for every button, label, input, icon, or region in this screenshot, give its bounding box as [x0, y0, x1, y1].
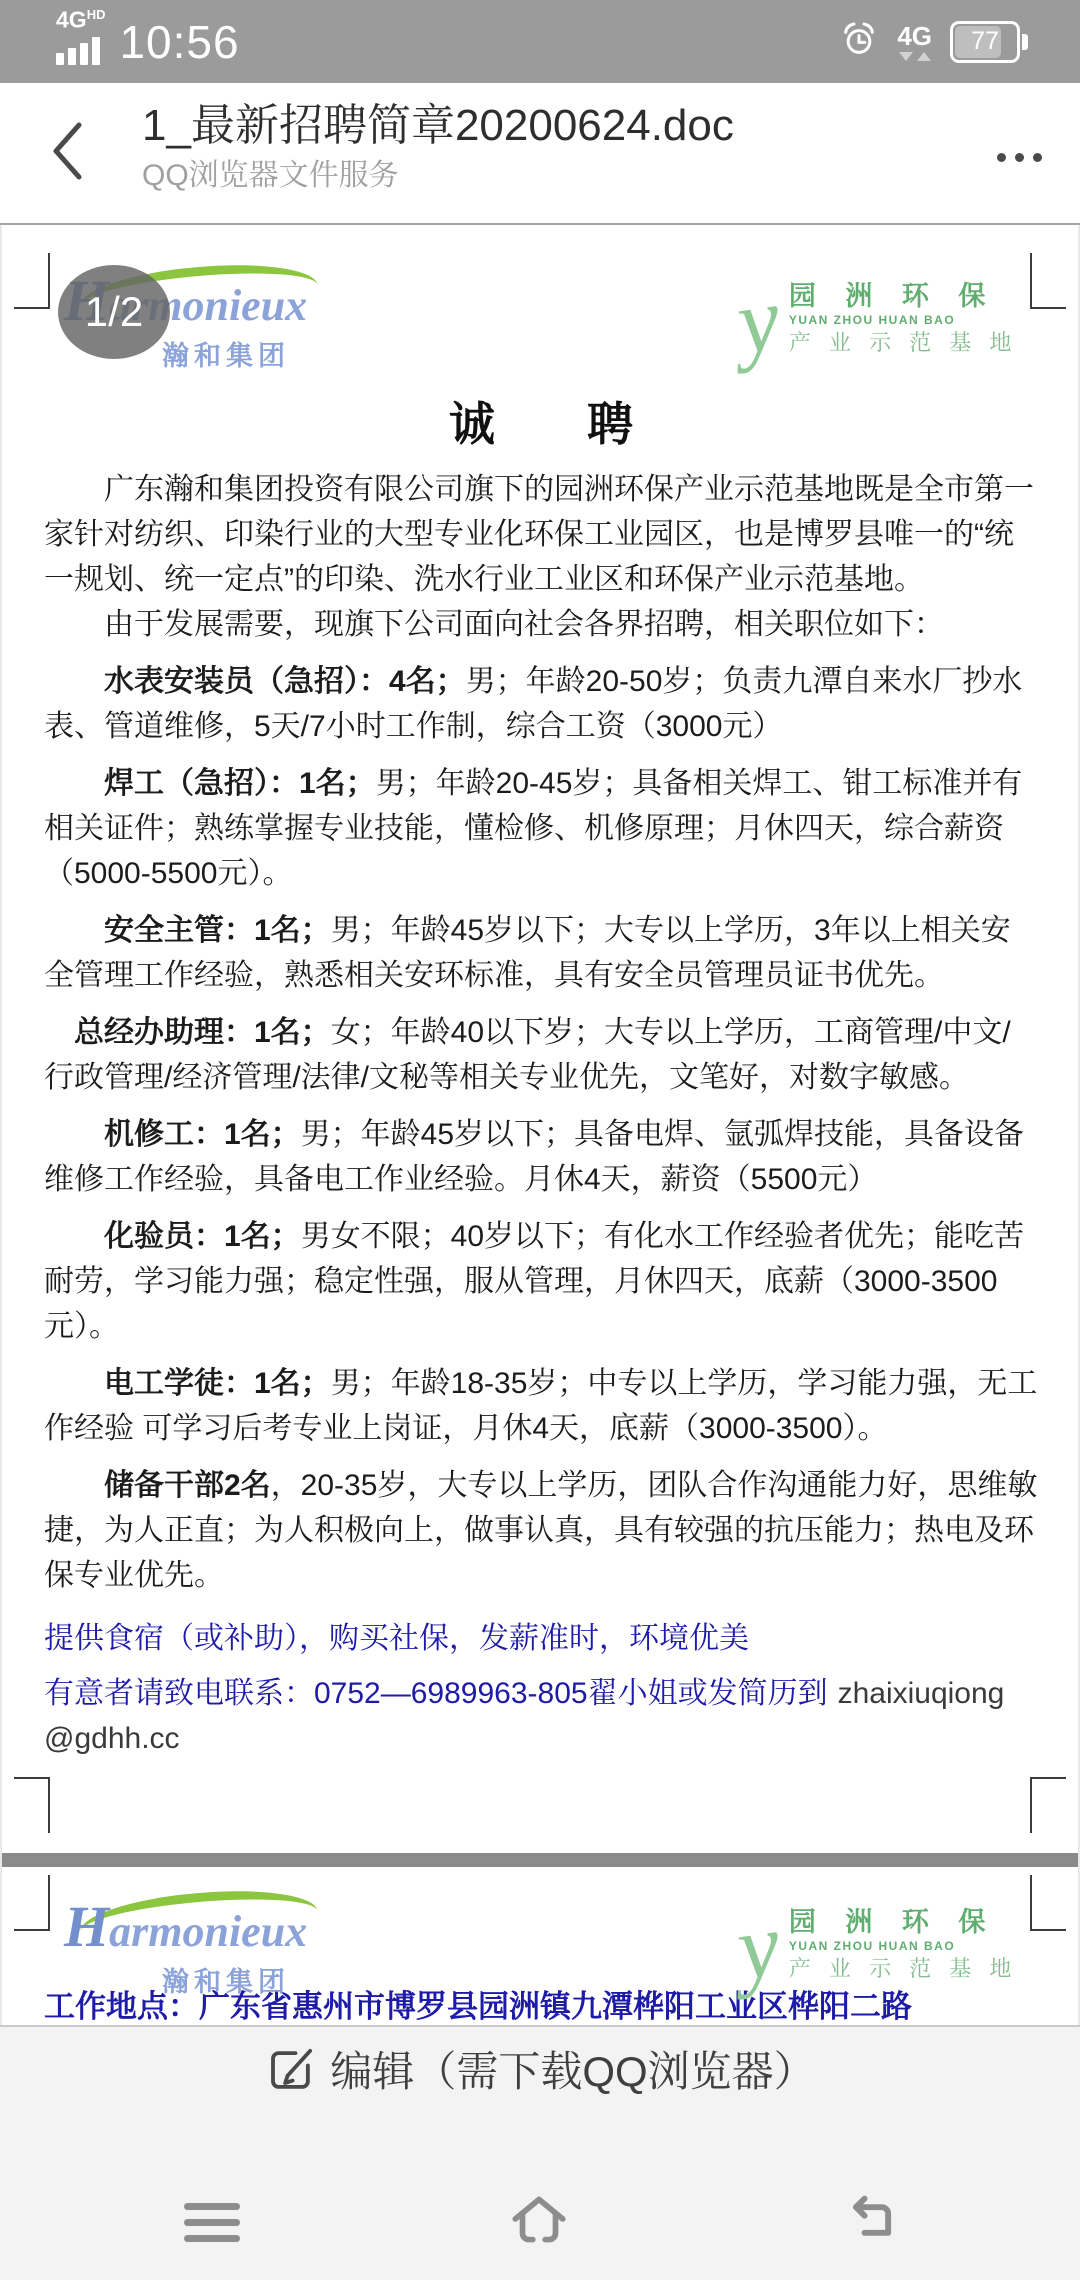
phone-screen: 4GHD 10:56 4G: [0, 0, 1080, 2280]
job-paragraph-lab-technician: 化验员：1名；男女不限；40岁以下；有化水工作经验者优先；能吃苦耐劳，学习能力强…: [44, 1214, 1038, 1349]
header-titles: 1_最新招聘简章20200624.doc QQ浏览器文件服务: [142, 97, 960, 195]
nav-back-button[interactable]: [816, 2175, 926, 2270]
crop-mark-page2-top-right: [1030, 1875, 1066, 1931]
job-paragraph-welder: 焊工（急招）：1名；男；年龄20-45岁；具备相关焊工、钳工标准并有相关证件；熟…: [44, 761, 1038, 896]
status-right-group: 4G 77: [839, 0, 1028, 83]
mobile-data-label: 4G: [897, 23, 932, 49]
harmonieux-cn-label: 瀚和集团: [162, 1960, 394, 1999]
app-header: 1_最新招聘简章20200624.doc QQ浏览器文件服务: [0, 83, 1080, 225]
job-paragraph-electrician-apprentice: 电工学徒：1名；男；年龄18-35岁；中专以上学历，学习能力强，无工作经验 可学…: [44, 1361, 1038, 1451]
signal-bars-icon: [56, 37, 100, 65]
edit-button-label: 编辑（需下载QQ浏览器）: [330, 2047, 815, 2097]
intro-paragraph-1: 广东瀚和集团投资有限公司旗下的园洲环保产业示范基地既是全市第一家针对纺织、印染行…: [44, 467, 1038, 602]
battery-percent: 77: [971, 29, 999, 54]
home-icon: [505, 2186, 573, 2259]
more-menu-button[interactable]: [993, 143, 1046, 172]
job-paragraph-mechanic: 机修工：1名；男；年龄45岁以下；具备电焊、氩弧焊技能，具备设备维修工作经验，具…: [44, 1112, 1038, 1202]
yuanzhou-cn-label: 园 洲 环 保: [789, 281, 1018, 312]
page-subtitle: QQ浏览器文件服务: [142, 157, 960, 195]
network-4g-label: 4G: [56, 7, 87, 33]
doc-title: 诚 聘: [44, 395, 1038, 453]
edit-button[interactable]: 编辑（需下载QQ浏览器）: [264, 2043, 815, 2102]
status-left-group: 4GHD 10:56: [56, 8, 240, 65]
hamburger-icon: [184, 2203, 240, 2210]
page-title: 1_最新招聘简章20200624.doc: [142, 97, 960, 155]
yuanzhou-sub-label: 产 业 示 范 基 地: [789, 1955, 1018, 1982]
data-arrows-icon: [899, 52, 931, 61]
crop-mark-page2-top-left: [14, 1875, 50, 1931]
job-paragraph-safety-supervisor: 安全主管：1名；男；年龄45岁以下；大专以上学历，3年以上相关安全管理工作经验，…: [44, 908, 1038, 998]
alarm-icon: [839, 19, 879, 64]
battery-icon: 77: [950, 21, 1028, 63]
harmonieux-logo-page2: Harmonieux 瀚和集团: [64, 1897, 394, 1999]
page-indicator-badge: 1/2: [58, 265, 170, 359]
job-paragraph-water-meter: 水表安装员（急招）：4名；男；年龄20-50岁；负责九潭自来水厂抄水表、管道维修…: [44, 659, 1038, 749]
intro-paragraph-2: 由于发展需要，现旗下公司面向社会各界招聘，相关职位如下：: [44, 602, 1038, 647]
battery-tip: [1022, 34, 1028, 50]
job-paragraph-gm-assistant: 总经办助理：1名；女；年龄40以下岁；大专以上学历，工商管理/中文/行政管理/经…: [44, 1010, 1038, 1100]
signal-indicator: 4GHD: [56, 8, 105, 65]
job-paragraph-reserve-cadre: 储备干部2名，20-35岁，大专以上学历，团队合作沟通能力好，思维敏捷，为人正直…: [44, 1463, 1038, 1598]
chevron-left-icon: [49, 120, 83, 187]
harmonieux-cn-label: 瀚和集团: [162, 334, 394, 373]
yuanzhou-huanbao-logo: y 园 洲 环 保 YUAN ZHOU HUAN BAO 产 业 示 范 基 地: [738, 281, 1017, 359]
yuanzhou-cn-label: 园 洲 环 保: [789, 1907, 1018, 1938]
back-button[interactable]: [40, 115, 92, 191]
document-text: 诚 聘 广东瀚和集团投资有限公司旗下的园洲环保产业示范基地既是全市第一家针对纺织…: [44, 395, 1038, 1761]
contact-email-part2: @gdhh.cc: [44, 1722, 180, 1755]
contact-phone-text: 有意者请致电联系：0752—6989963-805翟小姐或发简历到: [44, 1677, 828, 1710]
crop-mark-page1-bottom-left: [14, 1777, 50, 1833]
network-hd-label: HD: [87, 7, 106, 22]
nav-menu-button[interactable]: [157, 2175, 267, 2270]
yuanzhou-logo-glyph-icon: y: [733, 279, 784, 362]
yuanzhou-pinyin-label: YUAN ZHOU HUAN BAO: [789, 1938, 1018, 1955]
nav-home-button[interactable]: [484, 2175, 594, 2270]
return-arrow-icon: [841, 2190, 901, 2255]
yuanzhou-sub-label: 产 业 示 范 基 地: [789, 329, 1018, 356]
clock-time: 10:56: [119, 19, 239, 65]
crop-mark-page1-top-left: [14, 253, 50, 309]
harmonieux-wordmark: Harmonieux: [64, 1897, 394, 1958]
bottom-bar: 编辑（需下载QQ浏览器）: [0, 2025, 1080, 2280]
page-separator: [2, 1853, 1078, 1867]
more-dots-icon: [997, 153, 1006, 162]
edit-pencil-icon: [264, 2043, 318, 2102]
document-viewer[interactable]: 1/2 Harmonieux 瀚和集团 y 园 洲 环 保 YUAN ZHOU …: [0, 225, 1080, 2025]
status-bar: 4GHD 10:56 4G: [0, 0, 1080, 83]
crop-mark-page1-top-right: [1030, 253, 1066, 309]
mobile-data-icon: 4G: [897, 23, 932, 61]
yuanzhou-huanbao-logo-page2: y 园 洲 环 保 YUAN ZHOU HUAN BAO 产 业 示 范 基 地: [738, 1907, 1017, 1985]
network-type-label: 4GHD: [56, 8, 105, 32]
crop-mark-page1-bottom-right: [1030, 1777, 1066, 1833]
contact-email-part1: zhaixiuqiong: [838, 1677, 1005, 1710]
yuanzhou-pinyin-label: YUAN ZHOU HUAN BAO: [789, 312, 1018, 329]
android-nav-bar: [0, 2175, 1080, 2270]
contact-line: 有意者请致电联系：0752—6989963-805翟小姐或发简历到zhaixiu…: [44, 1671, 1038, 1761]
benefits-line: 提供食宿（或补助），购买社保，发薪准时，环境优美: [44, 1616, 1038, 1661]
yuanzhou-logo-glyph-icon: y: [733, 1905, 784, 1988]
